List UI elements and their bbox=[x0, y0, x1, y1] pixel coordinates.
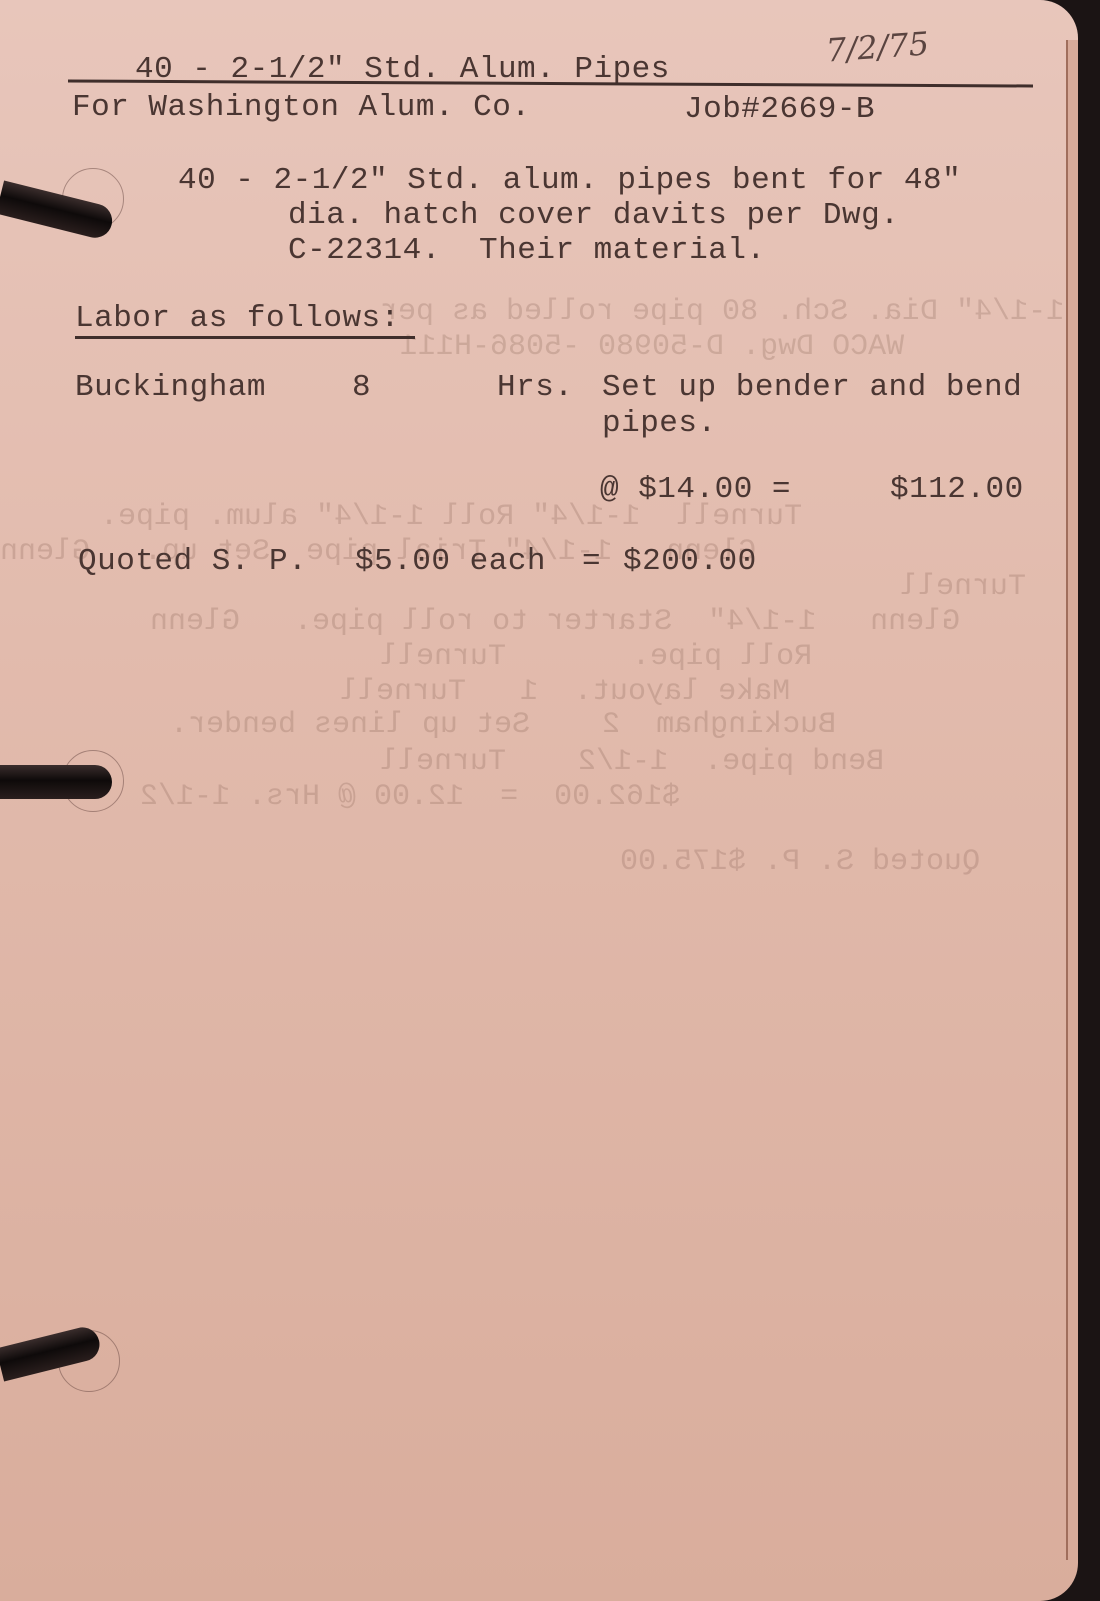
job-number: Job#2669-B bbox=[684, 92, 875, 127]
bleed-through-text: WACO Dwg. D-50980 -5086-H111 bbox=[400, 330, 904, 364]
quote-label: Quoted S. P. bbox=[78, 544, 307, 579]
bleed-through-text: $162.00 = 12.00 @ Hrs. 1-1/2 bbox=[140, 780, 680, 814]
bleed-through-text: Turnell bbox=[900, 570, 1026, 604]
labor-worker: Buckingham bbox=[75, 370, 266, 405]
labor-task-line-2: pipes. bbox=[602, 406, 717, 441]
notebook-page: 1 - 1-1/4" Dia. Sch. 80 pipe rolled as p… bbox=[0, 0, 1078, 1601]
binder-ring-icon bbox=[0, 765, 112, 799]
labor-heading: Labor as follows: bbox=[75, 301, 400, 336]
bleed-through-text: Quoted S. P. $175.00 bbox=[620, 845, 980, 879]
bleed-through-text: Glenn 1-1/4" Starter to roll pipe. Glenn bbox=[150, 605, 960, 639]
quote-unit-price: $5.00 each bbox=[355, 544, 546, 579]
labor-heading-underline bbox=[75, 336, 415, 339]
labor-unit: Hrs. bbox=[497, 370, 573, 405]
bleed-through-text: Buckingham 2 Set up lines bender. bbox=[170, 708, 836, 742]
date: 7/2/75 bbox=[825, 24, 930, 69]
description-line-3: C-22314. Their material. bbox=[288, 233, 766, 268]
description-line-1: 40 - 2-1/2" Std. alum. pipes bent for 48… bbox=[178, 163, 961, 198]
quote-total: $200.00 bbox=[623, 544, 757, 579]
labor-rate: @ $14.00 = bbox=[600, 472, 791, 507]
bleed-through-text: Bend pipe. 1-1/2 Turnell bbox=[380, 745, 884, 779]
description-line-2: dia. hatch cover davits per Dwg. bbox=[288, 198, 899, 233]
bleed-through-text: Roll pipe. Turnell bbox=[380, 640, 812, 674]
bleed-through-text: Make layout. 1 Turnell bbox=[340, 675, 790, 709]
bleed-through-text: 1 - 1-1/4" Dia. Sch. 80 pipe rolled as p… bbox=[380, 295, 1078, 329]
quote-equals: = bbox=[582, 544, 601, 579]
labor-task-line-1: Set up bender and bend bbox=[602, 370, 1022, 405]
labor-total: $112.00 bbox=[890, 472, 1024, 507]
labor-hours: 8 bbox=[352, 370, 371, 405]
page-stack-edge bbox=[1066, 40, 1078, 1560]
customer-line: For Washington Alum. Co. bbox=[72, 90, 530, 125]
